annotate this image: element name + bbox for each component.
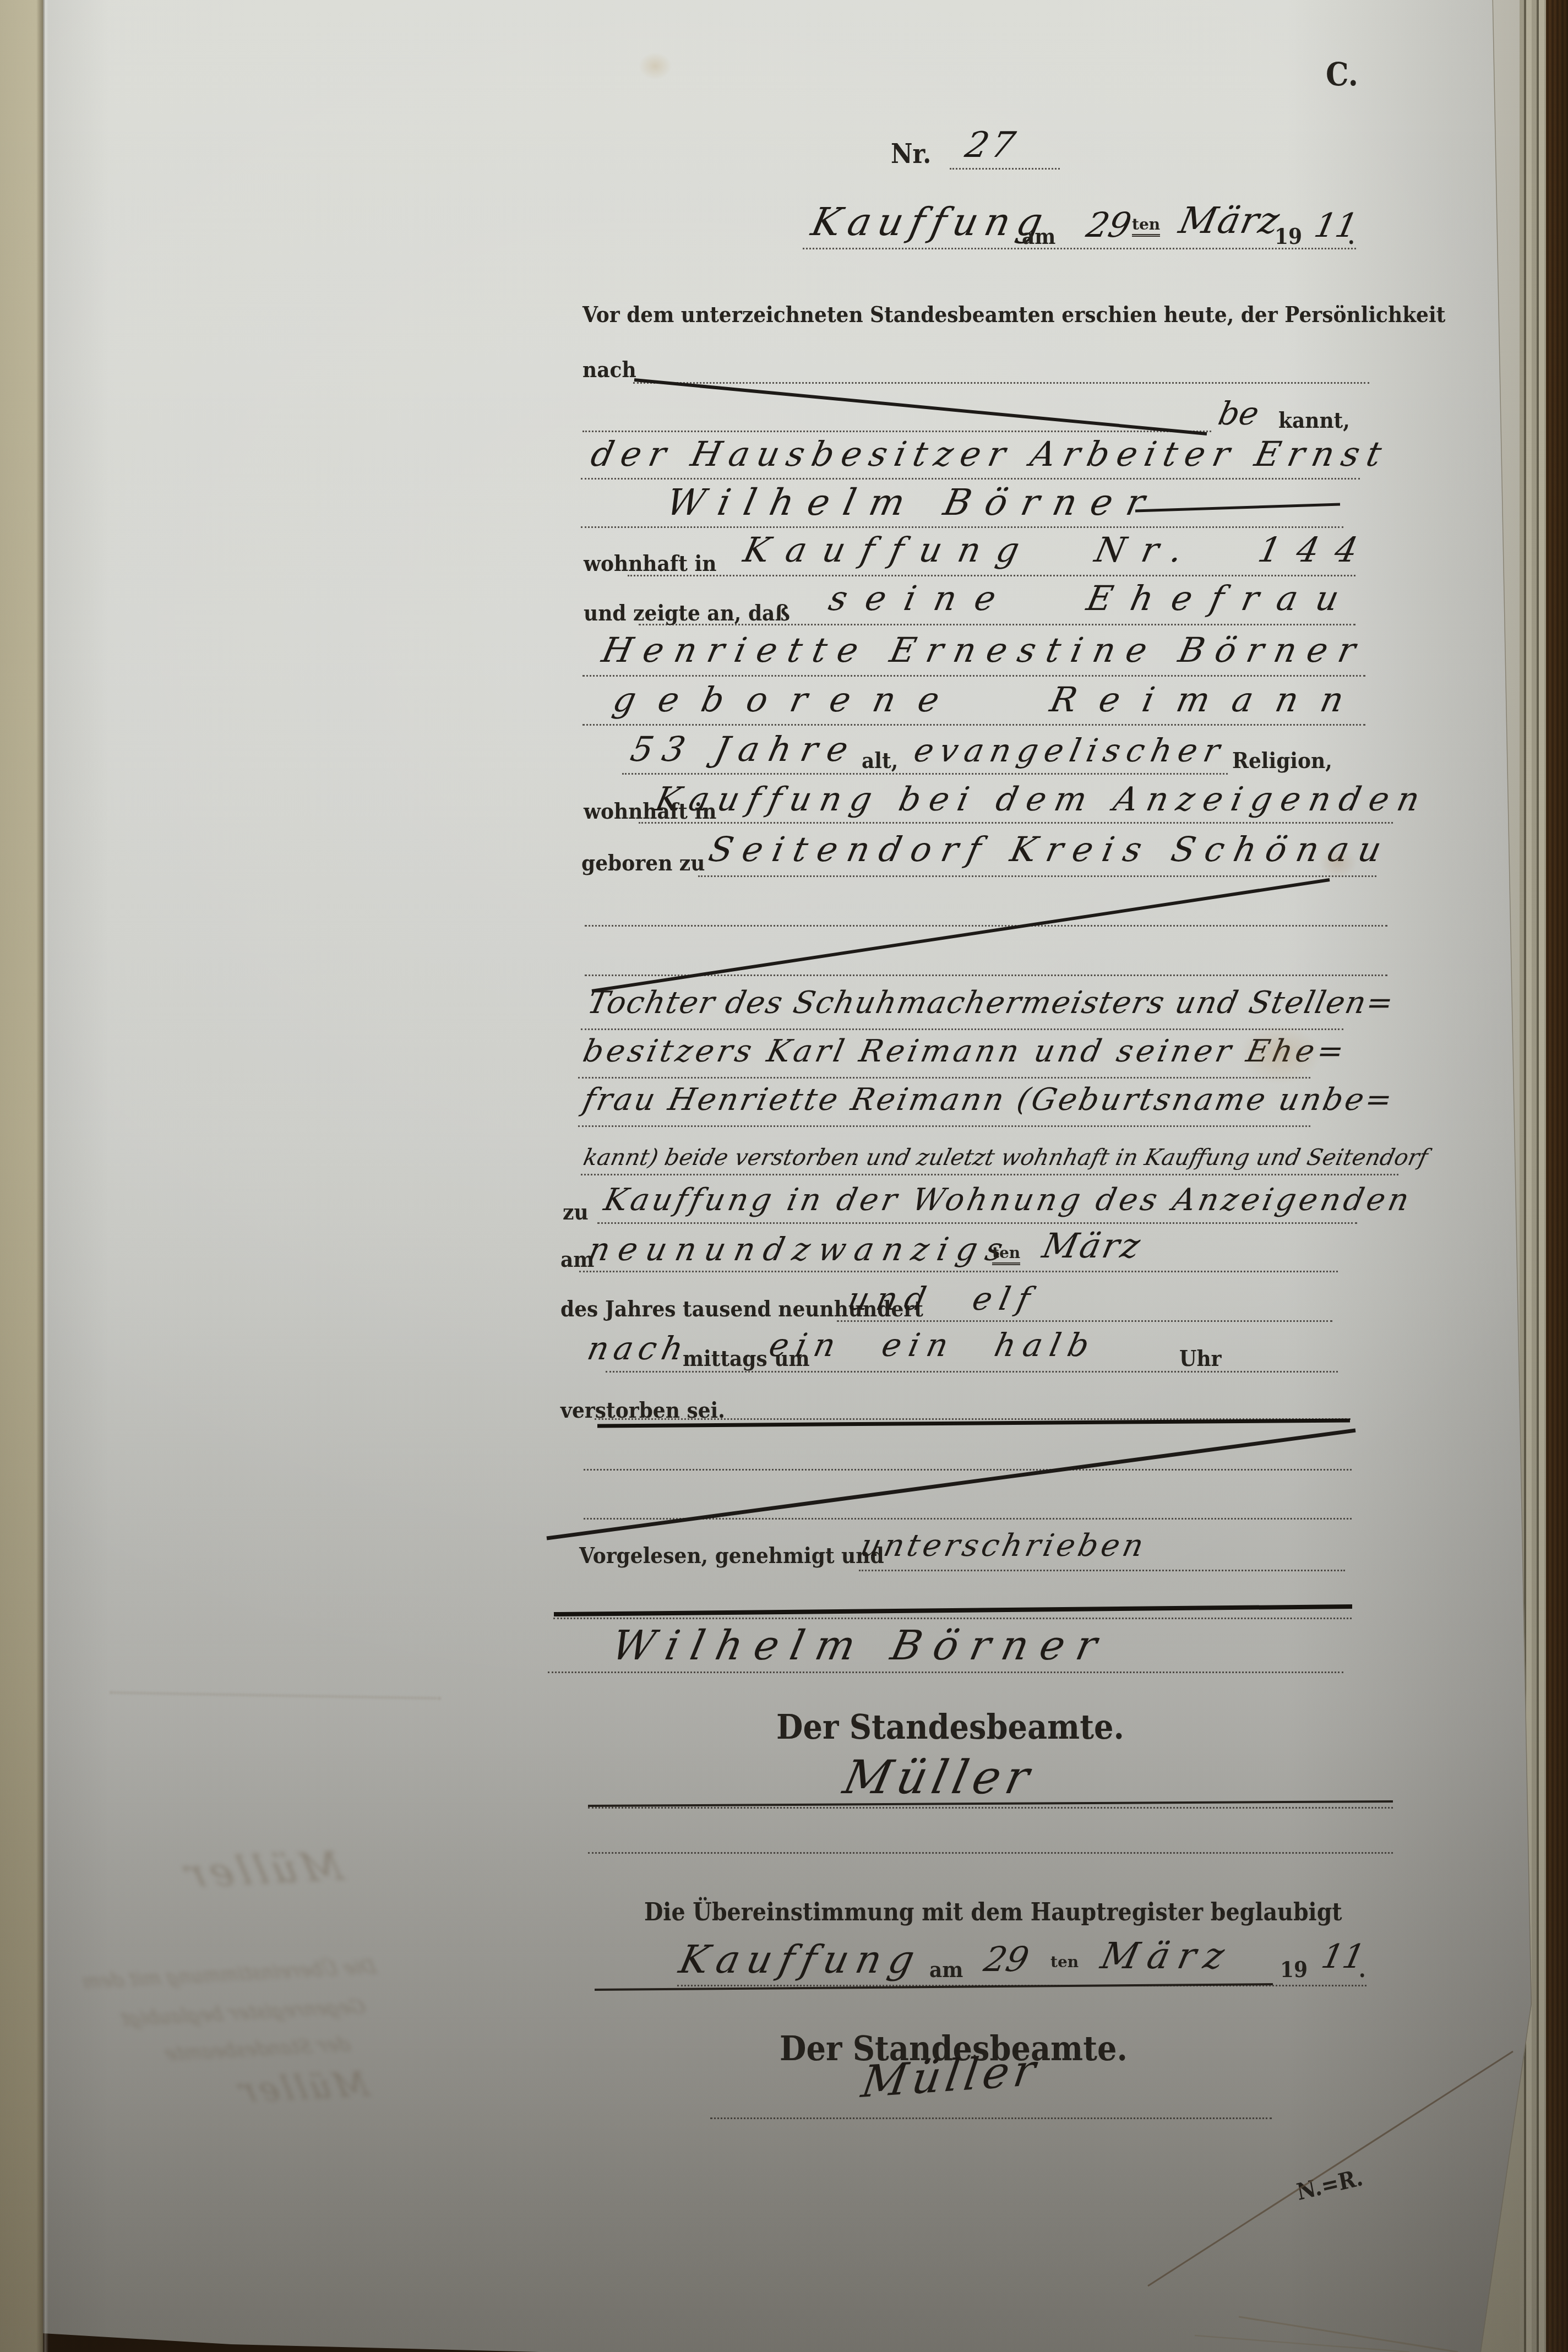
under-page-corner-edge — [1195, 2335, 1409, 2352]
closing-underline — [597, 1420, 1350, 1426]
name-flourish — [1135, 504, 1340, 511]
blank-field-strike — [592, 880, 1330, 991]
register-page: C. Nr. 27 Kauffung am 29 ten März 19 11 … — [0, 0, 1568, 2352]
blank-field-strike — [547, 1430, 1355, 1538]
blank-field-strike — [634, 380, 1207, 434]
binding-seam — [36, 0, 48, 2352]
registrar-underline — [588, 1801, 1393, 1806]
photo-of-register-book: { "document": { "corner_letter": "C.", "… — [0, 0, 1568, 2352]
ink-strokes-overlay — [0, 0, 1568, 2352]
signature-rule — [554, 1607, 1352, 1614]
corner-crease — [1148, 2051, 1513, 2286]
cert-date-underline — [595, 1984, 1273, 1990]
